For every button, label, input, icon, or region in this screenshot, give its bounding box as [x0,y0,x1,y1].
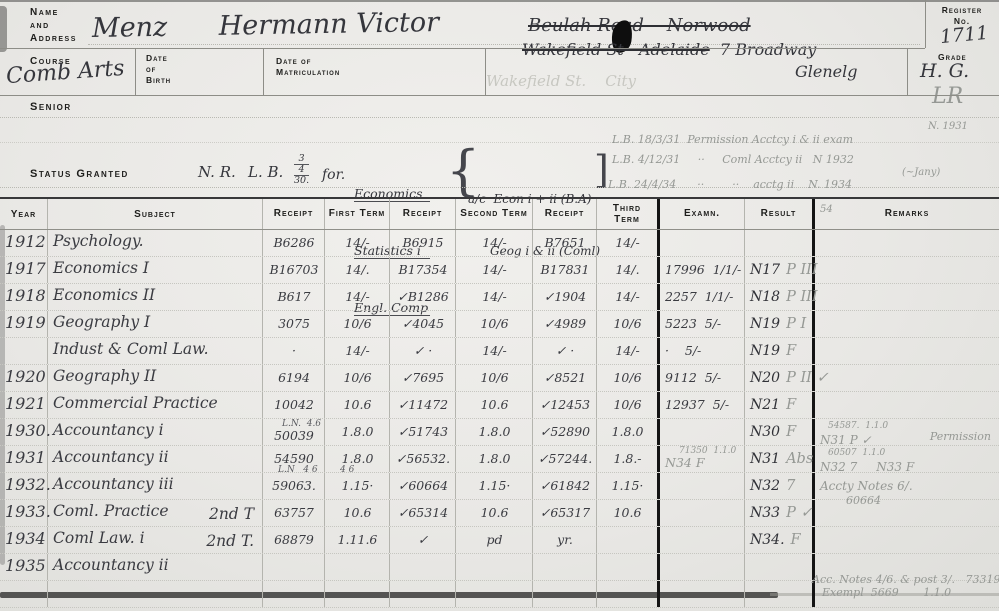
cell-result: N19P I [745,311,815,337]
name-label-line2: and [30,19,77,32]
cell-t1: 14/- [325,230,390,256]
cell-subject: Coml. Practice2nd T [48,500,263,526]
status-label: Status Granted [30,167,129,181]
receipt-value: B16703 [270,262,319,277]
t2-value: pd [486,532,502,547]
cell-r3: ✓61842 [533,473,597,499]
receipt-value: · [292,343,296,358]
result-mark: P III [786,289,818,305]
result-mark: F [786,424,796,440]
t3-value: 10/6 [613,316,641,331]
year-value: 1935 [5,556,46,575]
remarks-line: Accty Notes 6/. [820,477,995,495]
t3-value: 14/- [615,343,639,358]
cell-r3: ✓8521 [533,365,597,391]
result-mark: Abs [786,451,813,467]
t3-value: 1.8.0 [612,424,644,439]
table-row: 1930.Accountancy iL.N. 4.6500391.8.0✓517… [0,419,999,446]
cell-r3: B7651 [533,230,597,256]
cell-result: N30F [745,419,815,445]
term-fee: 10.6 [344,505,372,520]
cell-r3: ✓12453 [533,392,597,418]
r3-value: B17831 [541,262,590,277]
exam-value: 5223 5/- [665,316,721,331]
cell-t3: 14/. [597,257,660,283]
t3-value: 14/- [615,235,639,250]
t3-value: 1.8.- [613,451,641,466]
cell-t1: 1.8.04 6 [325,446,390,472]
result-mark: F [786,343,796,359]
year-value: 1920 [5,367,46,386]
course-value: Comb Arts [5,56,125,89]
r3-value: ✓4989 [544,316,586,331]
cell-t2: 14/- [456,284,533,310]
cell-year: 1931 [0,446,48,472]
r3-value: yr. [557,532,573,547]
address-line-2: Wakefield St Adelaide 7 Broadway [522,40,816,60]
cell-t1: 14/- [325,338,390,364]
cell-r3: ✓4989 [533,311,597,337]
receipt-value: 68879 [274,532,314,547]
result-mark: 7 [786,478,795,494]
cell-r3: ✓52890 [533,419,597,445]
cell-r1: 63757 [263,500,325,526]
cell-r2: ✓60664 [390,473,456,499]
cell-r1: 10042 [263,392,325,418]
result-session: N18 [750,289,780,305]
cell-t3: 10/6 [597,392,660,418]
cell-r2: ✓ [390,527,456,553]
pencil-note-2: L.B. 4/12/31 ·· Coml Acctcy ii N 1932 [612,153,854,166]
receipt-value: 50039 [274,428,314,443]
term-fee: 10.6 [344,397,372,412]
cell-r1 [263,554,325,580]
cell-subject: Accountancy ii [48,554,263,580]
cell-result: N18P III [745,284,815,310]
pencil-note-n1931: N. 1931 [928,121,968,132]
t3-value: 10/6 [613,370,641,385]
cell-year: 1933. [0,500,48,526]
cell-r2: ✓65314 [390,500,456,526]
cell-r2: B6915 [390,230,456,256]
t2-value: 10.6 [481,397,509,412]
result-mark: P III [786,262,818,278]
subject-value: Commercial Practice [53,394,218,412]
cell-t2: 14/- [456,230,533,256]
cell-remarks: Accty Notes 6/.60664 [815,473,999,499]
cell-remarks [815,230,999,256]
cell-t1: 14/. [325,257,390,283]
cell-remarks [815,284,999,310]
term-fee: 1.15· [342,478,374,493]
cell-result: N33P ✓ [745,500,815,526]
t3-value: 10/6 [613,397,641,412]
cell-year: 1930. [0,419,48,445]
receipt-value: 3075 [278,316,310,331]
r2-value: ✓ [418,532,428,547]
cell-r3: ✓57244. [533,446,597,472]
cell-remarks [815,257,999,283]
table-row: Indust & Coml Law.·14/-✓ ·14/-✓ ·14/-· 5… [0,338,999,365]
name-label-line3: Address [30,32,77,45]
cell-t1: 10.6 [325,392,390,418]
r2-value: B6915 [403,235,444,250]
term-fee: 10/6 [343,316,371,331]
cell-r3: ✓1904 [533,284,597,310]
cell-subject: Economics II [48,284,263,310]
cell-subject: Indust & Coml Law. [48,338,263,364]
column-header-r1: Receipt [263,199,325,229]
cell-result: N17P III [745,257,815,283]
r2-value: ✓56532. [396,451,450,466]
cell-result: N21F [745,392,815,418]
cell-t3: 10/6 [597,311,660,337]
cell-result: N34.F [745,527,815,553]
column-header-t2: Second Term [456,199,533,229]
cell-t1: 1.15· [325,473,390,499]
column-header-r2: Receipt [390,199,456,229]
cell-t2: 10/6 [456,365,533,391]
address-line-2-current: 7 Broadway [710,40,817,59]
cell-t3: 10/6 [597,365,660,391]
cell-t3: 14/- [597,338,660,364]
cell-year [0,338,48,364]
subject-value: Coml. Practice [53,502,169,520]
cell-t3: 14/- [597,284,660,310]
table-row: 1931Accountancy ii54590L.N 4 61.8.04 6✓5… [0,446,999,473]
cell-examn: 2257 1/1/- [660,284,745,310]
cell-r3 [533,554,597,580]
term-fee: 14/- [345,235,369,250]
grade-value: H. G. [920,60,969,82]
pencil-note-3: L.B. 24/4/34 ·· ·· acctg ii N. 1934 [608,178,852,191]
table-row: 1918Economics IIB61714/-✓B128614/-✓19041… [0,284,999,311]
column-header-subject: Subject [48,199,263,229]
cell-examn: · 5/- [660,338,745,364]
result-session: N17 [750,262,780,278]
cell-subject: Coml Law. i2nd T. [48,527,263,553]
cell-t2: 10.6 [456,392,533,418]
cell-r1: 6194 [263,365,325,391]
column-header-t1: First Term [325,199,390,229]
t3-value: 10.6 [614,505,642,520]
term-fee: 1.8.0 [342,424,374,439]
subject-value: Economics I [53,259,149,277]
result-session: N31 [750,451,780,467]
cell-year: 1912 [0,230,48,256]
cell-year: 1935 [0,554,48,580]
column-header-remarks: Remarks [815,199,999,229]
cell-r1: 54590L.N 4 6 [263,446,325,472]
cell-result [745,554,815,580]
r2-value: B17354 [399,262,448,277]
cell-remarks [815,500,999,526]
address-line-1: Beulah Road Norwood [528,15,751,36]
register-label-line1: Register [927,5,997,16]
remarks-value: Accty Notes 6/. [820,479,913,493]
cell-examn: 5223 5/- [660,311,745,337]
subject-note: 2nd T [209,505,254,523]
cell-t1: 14/- [325,284,390,310]
record-card: Name and Address Menz Hermann Victor Beu… [0,0,999,611]
pencil-note-2b: (~Jany) [902,167,940,178]
cell-r2: B17354 [390,257,456,283]
cell-r3: yr. [533,527,597,553]
result-mark: P I [786,316,806,332]
t3-value: 14/- [615,289,639,304]
year-value: 1917 [5,259,46,278]
cell-remarks [815,365,999,391]
dob-label-line3: Birth [146,75,171,86]
cell-r3: B17831 [533,257,597,283]
name-label-line1: Name [30,6,77,19]
cell-t2 [456,581,533,607]
t2-value: 1.8.0 [479,424,511,439]
subject-value: Accountancy iii [53,475,174,493]
cell-examn: 71350 1.1.0N34 F [660,446,745,472]
result-mark: P ✓ [786,505,813,521]
address-line-2-struck: Wakefield St Adelaide [522,40,710,59]
exam-value: N34 F [665,455,705,470]
bottom-remarks-line1: Acc. Notes 4/6. & post 3/. 73319 [812,573,999,586]
term-fee: 1.11.6 [338,532,378,547]
cell-year: 1921 [0,392,48,418]
subject-note: 2nd T. [206,532,254,550]
year-value: 1918 [5,286,46,305]
cell-subject: Accountancy ii [48,446,263,472]
status-hand-lb: L. B. [248,163,283,181]
r3-value: ✓52890 [540,424,590,439]
cell-t2: 10/6 [456,311,533,337]
grade-divider [907,48,908,95]
cell-r3 [533,581,597,607]
cell-t3: 14/- [597,230,660,256]
bottom-remarks-line2: Exempl 5669 1.1.0 [822,586,999,599]
column-header-year: Year [0,199,48,229]
cell-r1: 59063. [263,473,325,499]
subject-value: Coml Law. i [53,529,145,547]
r2-value: ✓65314 [398,505,448,520]
cell-t1: 1.8.0 [325,419,390,445]
subject-value: Accountancy ii [53,556,169,574]
cell-t3 [597,527,660,553]
cell-t2: 14/- [456,257,533,283]
cell-remarks: 54587. 1.1.0N31 P ✓Permission [815,419,999,445]
cell-t1: 1.11.6 [325,527,390,553]
cell-remarks [815,311,999,337]
cell-r2: ✓ · [390,338,456,364]
table-row: 1933.Coml. Practice2nd T6375710.6✓653141… [0,500,999,527]
fees-table-body: 1912Psychology.B628614/-B691514/-B765114… [0,230,999,608]
r2-value: ✓4045 [402,316,444,331]
exam-value: 17996 1/1/- [665,262,741,277]
name-address-label: Name and Address [30,6,77,45]
status-hand-nr: N. R. [198,163,236,181]
result-session: N21 [750,397,780,413]
t2-value: 1.15· [479,478,511,493]
cell-year: 1917 [0,257,48,283]
cell-examn [660,500,745,526]
cell-subject: Psychology. [48,230,263,256]
t2-value: 10/6 [480,370,508,385]
result-mark: F [791,532,801,548]
cell-examn: 17996 1/1/- [660,257,745,283]
cell-examn [660,527,745,553]
subject-value: Accountancy i [53,421,164,439]
cell-year: 1919 [0,311,48,337]
cell-t2: 1.8.0 [456,446,533,472]
r3-value: ✓65317 [540,505,590,520]
cell-result: N327 [745,473,815,499]
cell-t1: 10.6 [325,500,390,526]
matric-label-line2: Matriculation [276,67,340,78]
t2-value: 10.6 [481,505,509,520]
r2-value: ✓B1286 [397,289,448,304]
fees-table: YearSubjectReceiptFirst TermReceiptSecon… [0,197,999,608]
result-session: N30 [750,424,780,440]
address-ghost-note: Wakefield St. City [486,72,636,90]
senior-label: Senior [30,100,72,114]
t2-value: 14/- [482,343,506,358]
result-session: N19 [750,343,780,359]
cell-t3: 1.8.- [597,446,660,472]
dob-label-line2: of [146,64,171,75]
fees-table-header: YearSubjectReceiptFirst TermReceiptSecon… [0,197,999,230]
cell-r1: 3075 [263,311,325,337]
cell-r3: ✓65317 [533,500,597,526]
exam-value: · 5/- [665,343,701,358]
cell-subject: Accountancy iii [48,473,263,499]
cell-year: 1918 [0,284,48,310]
pencil-note-spill: 54 [820,204,833,215]
t2-value: 1.8.0 [479,451,511,466]
column-header-t3: Third Term [597,199,660,229]
exam-value: 9112 5/- [665,370,721,385]
r3-value: ✓61842 [540,478,590,493]
cell-t3: 10.6 [597,500,660,526]
pencil-note-1: L.B. 18/3/31 Permission Acctcy i & ii ex… [612,133,853,146]
cell-examn [660,581,745,607]
cell-year: 1934 [0,527,48,553]
address-line-3: Glenelg [795,62,858,81]
cell-t3 [597,554,660,580]
scan-edge-corner [0,6,7,52]
receipt-value: B6286 [274,235,315,250]
matric-label: Date of Matriculation [276,56,340,78]
table-row: 1932.Accountancy iii59063.1.15·✓606641.1… [0,473,999,500]
year-value: 1930. [5,421,51,440]
subject-value: Geography I [53,313,150,331]
cell-result: N31Abs [745,446,815,472]
r2-value: ✓ · [414,343,432,358]
name-value: Menz Hermann Victor [92,7,440,44]
cell-year [0,581,48,607]
cell-remarks: 60507 1.1.0N32 7 N33 F [815,446,999,472]
cell-t3: 1.15· [597,473,660,499]
register-value: 1711 [939,22,989,48]
cell-r1: · [263,338,325,364]
remarks-note: 60507 1.1.0 [828,448,995,458]
status-date-year: 30. [294,176,309,186]
cell-t1: 10/6 [325,365,390,391]
receipt-value: 63757 [274,505,314,520]
subject-value: Psychology. [53,232,144,250]
dob-label: Date of Birth [146,53,171,86]
cell-t2: 1.8.0 [456,419,533,445]
cell-r3: ✓ · [533,338,597,364]
cell-r1 [263,581,325,607]
year-value: 1931 [5,448,46,467]
cell-r2: ✓51743 [390,419,456,445]
dob-divider [263,48,264,95]
cell-r1: B16703 [263,257,325,283]
dob-label-line1: Date [146,53,171,64]
table-row: 1934Coml Law. i2nd T.688791.11.6✓pdyr.N3… [0,527,999,554]
matric-divider [485,48,486,95]
cell-r1: B617 [263,284,325,310]
year-value: 1912 [5,232,46,251]
r2-value: ✓60664 [398,478,448,493]
subject-value: Indust & Coml Law. [53,340,209,358]
column-header-result: Result [745,199,815,229]
term-fee: 14/- [345,343,369,358]
cell-subject: Commercial Practice [48,392,263,418]
r3-value: ✓8521 [544,370,586,385]
cell-r2 [390,554,456,580]
scan-edge-top [0,0,999,2]
receipt-value: 10042 [274,397,314,412]
cell-subject: Geography I [48,311,263,337]
row-divider-1 [0,48,925,49]
receipt-value: 59063. [272,478,316,493]
r2-value: ✓7695 [402,370,444,385]
cell-t2: pd [456,527,533,553]
subject-value: Geography II [53,367,156,385]
subject-value: Economics II [53,286,155,304]
cell-r2: ✓B1286 [390,284,456,310]
cell-r2 [390,581,456,607]
course-divider [135,48,136,95]
cell-examn [660,230,745,256]
cell-examn: 12937 5/- [660,392,745,418]
t3-value: 1.15· [612,478,644,493]
r3-value: ✓ · [556,343,574,358]
year-value: 1933. [5,502,51,521]
result-session: N32 [750,478,780,494]
cell-remarks [815,338,999,364]
year-value: 1919 [5,313,46,332]
r3-value: ✓57244. [538,451,592,466]
subject-value: Accountancy ii [53,448,169,466]
term-fee: 14/. [345,262,369,277]
cell-r1: 68879 [263,527,325,553]
remarks-right: Permission [930,431,991,444]
result-session: N33 [750,505,780,521]
cell-t2: 14/- [456,338,533,364]
cell-t2: 10.6 [456,500,533,526]
table-row: 1921Commercial Practice1004210.6✓1147210… [0,392,999,419]
cell-subject: Geography II [48,365,263,391]
t2-value: 14/- [482,262,506,277]
cell-subject: Economics I [48,257,263,283]
r2-value: ✓51743 [398,424,448,439]
cell-t2: 1.15· [456,473,533,499]
term-fee: 10/6 [343,370,371,385]
bottom-remarks: Acc. Notes 4/6. & post 3/. 73319 Exempl … [812,573,999,599]
cell-t1 [325,581,390,607]
table-row: 1917Economics IB1670314/.B1735414/-B1783… [0,257,999,284]
cell-subject: Accountancy i [48,419,263,445]
